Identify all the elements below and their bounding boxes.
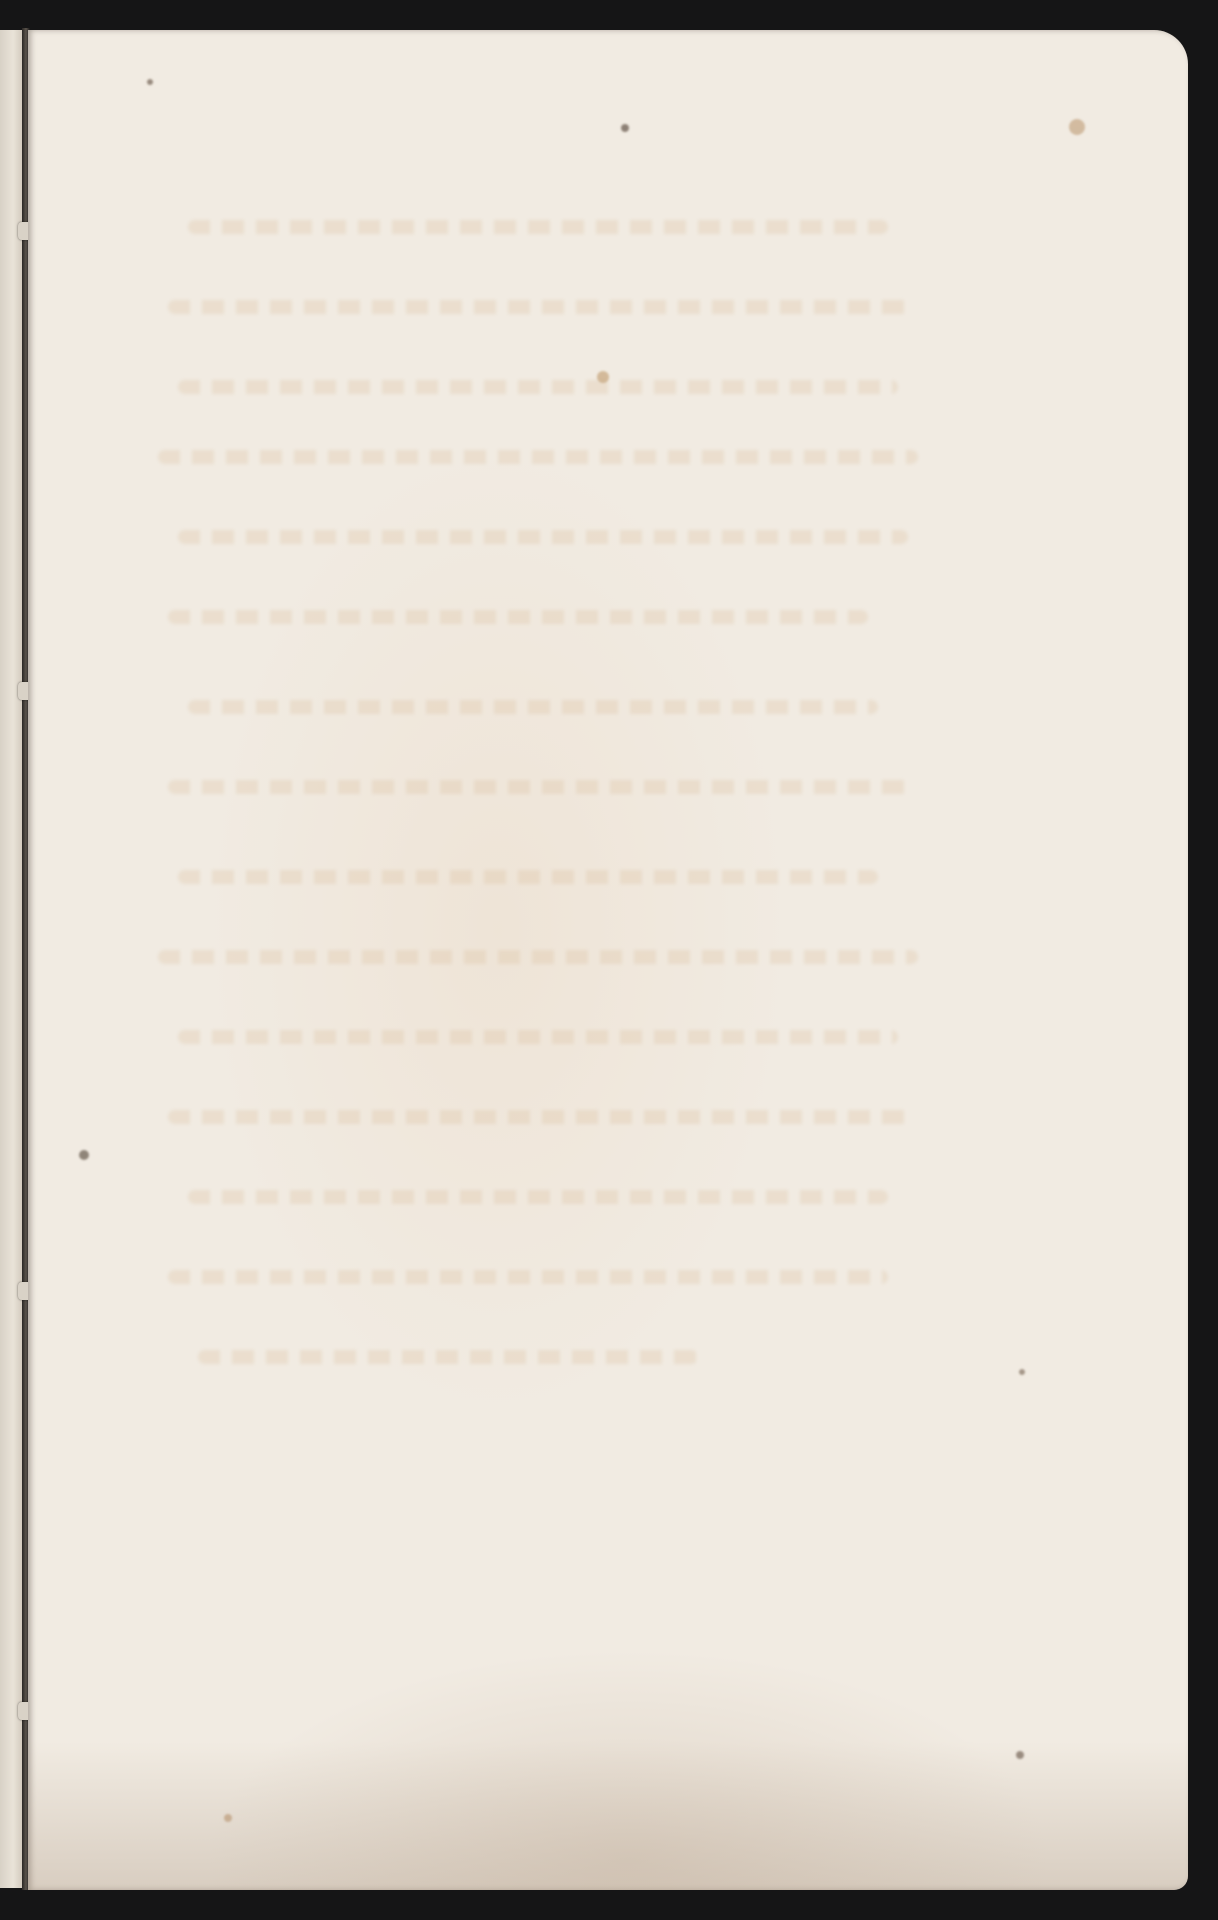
foxing-spot [1016, 1751, 1024, 1759]
previous-leaf-edge [0, 30, 24, 1888]
offset-line [158, 450, 918, 464]
offset-line [178, 530, 908, 544]
foxing-spot [1019, 1369, 1025, 1375]
offset-line [168, 780, 908, 794]
foxing-spot [79, 1150, 89, 1160]
offset-line [178, 870, 878, 884]
offset-showthrough [158, 180, 938, 1480]
offset-line [188, 700, 878, 714]
offset-line [168, 1110, 908, 1124]
foxing-spot [147, 79, 153, 85]
offset-line [198, 1350, 698, 1364]
foxing-spot [224, 1814, 232, 1822]
scanned-book-page [0, 0, 1218, 1920]
offset-line [178, 380, 898, 394]
foxing-spot [1069, 119, 1085, 135]
offset-line [188, 220, 888, 234]
offset-line [168, 1270, 888, 1284]
offset-line [178, 1030, 898, 1044]
offset-line [168, 300, 908, 314]
offset-line [158, 950, 918, 964]
offset-line [188, 1190, 888, 1204]
blank-page [28, 30, 1188, 1890]
foxing-spot [597, 371, 609, 383]
foxing-spot [621, 124, 629, 132]
offset-line [168, 610, 868, 624]
